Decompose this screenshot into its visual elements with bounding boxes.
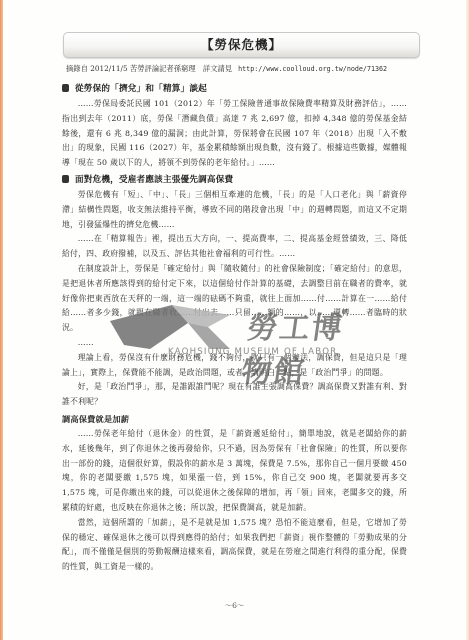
section-bullet-icon <box>62 175 69 183</box>
paragraph: 勞保危機有「短」、「中」、「長」三個相互牽連的危機，「長」的是「人口老化」與「薪… <box>62 188 407 232</box>
paragraph: ……勞保老年給付（退休金）的性質，是「薪資遞延給付」，簡單地說，就是老闆給你的薪… <box>62 427 407 516</box>
ellipsis-paragraph: …… <box>62 336 407 351</box>
section-heading-1: 從勞保的「擠兌」和「精算」談起 <box>62 81 407 97</box>
page-left-edge <box>0 0 3 640</box>
source-text: 摘錄自 2012/11/5 苦勞評論記者孫窮理 詳文請見 <box>66 64 232 73</box>
page-number: ～6～ <box>0 600 469 611</box>
paragraph: 理論上看，勞保沒有什麼財務危機，錢不夠付，就只有一個辦法，調保費，但是這只是「理… <box>62 351 407 381</box>
title-banner: 【勞保危機】 <box>63 32 420 58</box>
subsection-heading: 調高保費就是加薪 <box>62 412 407 427</box>
paragraph: ……勞保局委託民國 101（2012）年「勞工保險普通事故保險費率精算及財務評估… <box>62 97 407 171</box>
section-heading-2: 面對危機，受雇者應該主張優先調高保費 <box>62 172 407 188</box>
paragraph: 當然，這個所謂的「加薪」，是不是就是加 1,575 塊？恐怕不能這麼看，但是，它… <box>62 516 407 575</box>
paragraph: ……在「精算報告」裡，提出五大方向，一、提高費率，二、提高基金經營績效，三、降低… <box>62 232 407 262</box>
source-url-link[interactable]: http://www.coolloud.org.tw/node/71362 <box>238 65 387 73</box>
source-citation: 摘錄自 2012/11/5 苦勞評論記者孫窮理 詳文請見http://www.c… <box>66 64 426 74</box>
section-bullet-icon <box>62 84 69 92</box>
article-body: 從勞保的「擠兌」和「精算」談起 ……勞保局委託民國 101（2012）年「勞工保… <box>62 80 407 575</box>
paragraph: 好，是「政治鬥爭」，那，是誰跟誰鬥呢？現在有誰主張調高保費？調高保費又對誰有利、… <box>62 380 407 410</box>
page-title: 【勞保危機】 <box>201 37 282 52</box>
paragraph: 在制度設計上，勞保是「確定給付」與「隨收隨付」的社會保險制度；「確定給付」的意思… <box>62 262 407 336</box>
